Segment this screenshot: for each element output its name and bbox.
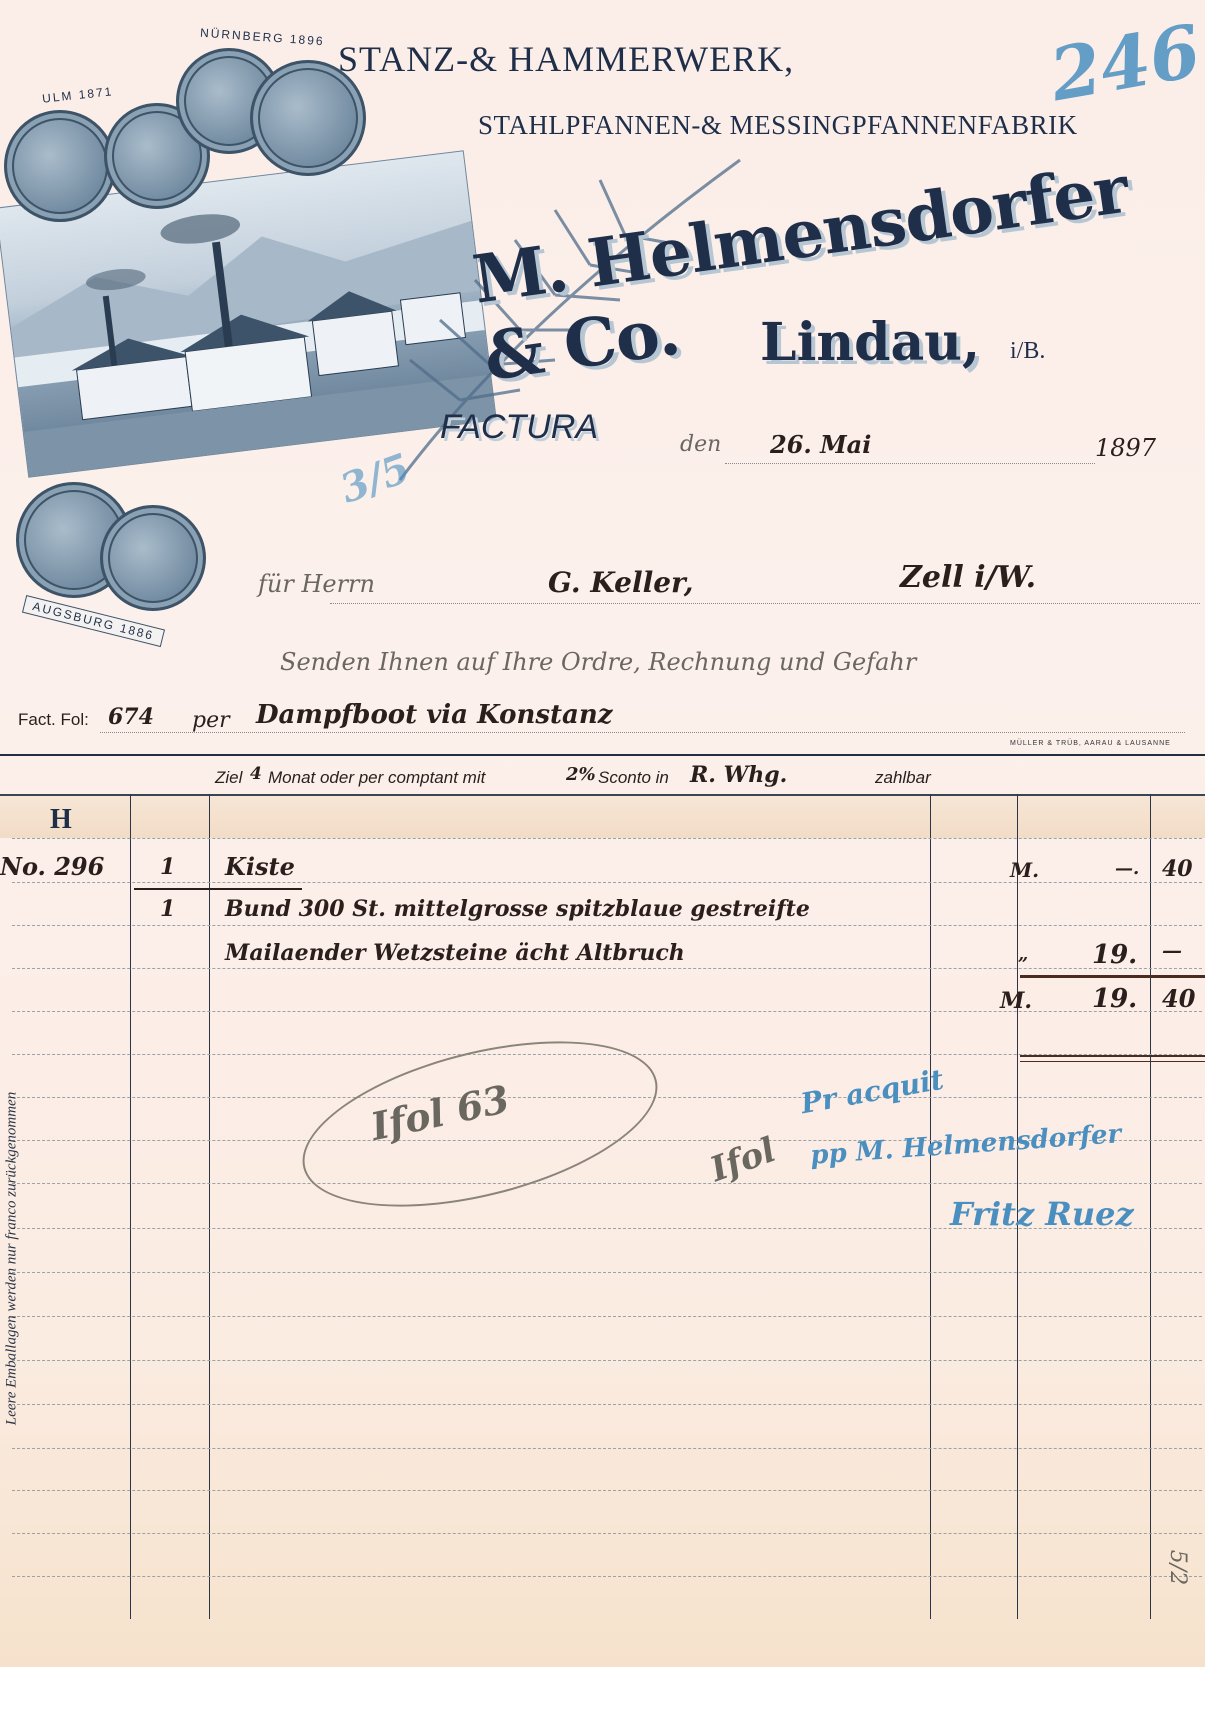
row-qty: 1 <box>160 896 175 922</box>
company-city: Lindau, <box>760 312 980 373</box>
total-double-rule <box>1020 1055 1205 1062</box>
col-divider-3 <box>930 794 931 1619</box>
medal-augsburg <box>100 505 206 611</box>
recipient-rule <box>330 603 1200 604</box>
margin-note: Leere Emballagen werden nur franco zurüc… <box>4 1019 21 1499</box>
header-divider <box>0 754 1205 756</box>
row-amount-main: 19. <box>1092 940 1137 970</box>
table-mark-header: H <box>50 804 72 836</box>
total-amount-main: 19. <box>1092 984 1137 1014</box>
col-divider-5 <box>1150 794 1151 1619</box>
medal-label-ulm: ULM 1871 <box>41 84 113 105</box>
shipping-prefix: per <box>192 708 230 733</box>
medal-label-nuernberg: NÜRNBERG 1896 <box>200 26 325 49</box>
letterhead-line1: STANZ-& HAMMERWERK, <box>338 38 794 80</box>
shipping-value: Dampfboot via Konstanz <box>256 700 613 730</box>
date-prefix: den <box>680 432 721 457</box>
terms-ziel-value: 4 <box>250 764 262 784</box>
bottom-margin-note: 5/2 <box>1165 1550 1190 1585</box>
terms-ziel-label: Ziel <box>215 768 242 788</box>
col-divider-2 <box>209 794 210 1619</box>
annotation-mid-number: 3/5 <box>334 444 416 512</box>
row-qty: 1 <box>160 854 175 880</box>
recipient-prefix: für Herrn <box>258 570 375 598</box>
row-description: Mailaender Wetzsteine ächt Altbruch <box>225 940 685 966</box>
recipient-place: Zell i/W. <box>900 560 1036 595</box>
total-amount-pf: 40 <box>1162 984 1195 1013</box>
shipping-rule <box>100 732 1185 733</box>
col-divider-1 <box>130 794 131 1619</box>
terms-currency-value: R. Whg. <box>690 762 787 788</box>
printer-credit: MÜLLER & TRÜB, AARAU & LAUSANNE <box>1010 740 1171 747</box>
row-currency: „ <box>1018 944 1028 965</box>
total-currency: M. <box>1000 988 1032 1014</box>
date-day-month: 26. Mai <box>770 430 871 459</box>
row-amount-main: —. <box>1115 858 1139 879</box>
pencil-note: Ifol <box>705 1130 781 1190</box>
table-header-band <box>0 796 1205 838</box>
medal-wuerttemberg <box>4 110 116 222</box>
terms-sconto-label: Sconto in <box>598 768 669 788</box>
annotation-top-number: 246 <box>1044 8 1205 118</box>
date-rule <box>725 463 1095 464</box>
company-city-suffix: i/B. <box>1010 338 1045 365</box>
row-amount-pf: — <box>1162 938 1182 962</box>
row-amount-pf: 40 <box>1162 856 1193 882</box>
row-underline <box>134 888 302 890</box>
letterhead-line2: STAHLPFANNEN-& MESSINGPFANNENFABRIK <box>478 110 1078 141</box>
doc-type-factura: FACTURA <box>440 408 598 447</box>
terms-sconto-value: 2% <box>566 764 596 785</box>
receipt-line1: Pr acquit <box>798 1063 946 1121</box>
invoice-paper: ULM 1871 NÜRNBERG 1896 AUGSBURG 1886 STA… <box>0 0 1205 1667</box>
receipt-signature: Fritz Ruez <box>950 1195 1134 1233</box>
terms-middle: Monat oder per comptant mit <box>268 768 485 788</box>
subtotal-rule <box>1020 975 1205 978</box>
row-number: No. 296 <box>0 852 104 881</box>
row-description: Bund 300 St. mittelgrosse spitzblaue ges… <box>225 896 810 922</box>
date-year: 1897 <box>1095 434 1156 462</box>
row-currency: M. <box>1010 858 1039 882</box>
row-description: Kiste <box>225 852 295 881</box>
fact-fol-value: 674 <box>108 704 154 730</box>
receipt-line2: pp M. Helmensdorfer <box>809 1119 1122 1171</box>
terms-end: zahlbar <box>875 768 931 788</box>
fact-fol-label: Fact. Fol: <box>18 710 89 730</box>
recipient-name: G. Keller, <box>548 566 694 599</box>
sent-line: Senden Ihnen auf Ihre Ordre, Rechnung un… <box>280 648 916 676</box>
